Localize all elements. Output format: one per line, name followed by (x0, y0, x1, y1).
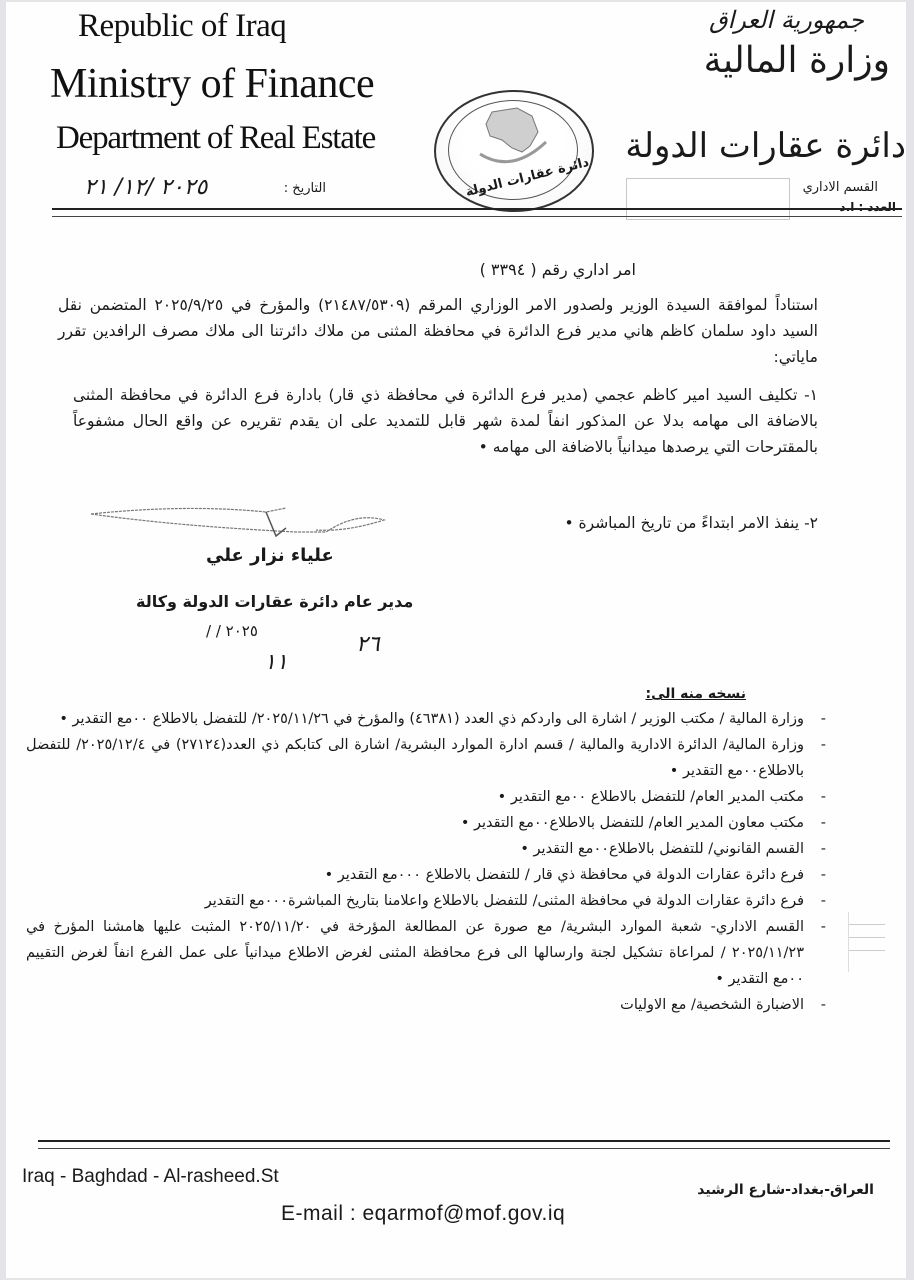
iraq-map-icon (472, 102, 552, 172)
letterhead-en-ministry: Ministry of Finance (50, 60, 374, 108)
letterhead-en-department: Department of Real Estate (56, 120, 375, 157)
copy-recipient: القسم الاداري- شعبة الموارد البشرية/ مع … (26, 914, 826, 992)
letterhead-en-republic: Republic of Iraq (78, 8, 286, 45)
date-value: ٢٠٢٥ /١٢/ ٢١ (84, 175, 207, 200)
scan-artifact (848, 912, 899, 972)
copy-recipient: القسم القانوني/ للتفضل بالاطلاع٠٠مع التق… (26, 836, 826, 862)
signer-date: / / ٢٠٢٥ (206, 622, 258, 640)
order-title: امر اداري رقم ( ٣٣٩٤ ) (336, 260, 636, 279)
department-seal: دائرة عقارات الدولة (434, 90, 594, 212)
order-intro: استناداً لموافقة السيدة الوزير ولصدور ال… (58, 292, 818, 370)
handwritten-day: ٢٦ (356, 632, 380, 657)
copies-heading: نسخه منه الى: (645, 686, 746, 702)
letterhead-ar-department: دائرة عقارات الدولة (625, 126, 906, 166)
copy-recipient: فرع دائرة عقارات الدولة في محافظة المثنى… (26, 888, 826, 914)
footer-address-ar: العراق-بغداد-شارع الرشيد (697, 1182, 874, 1198)
handwritten-month: ١١ (264, 650, 288, 675)
copy-recipient: الاضبارة الشخصية/ مع الاوليات (26, 992, 826, 1018)
order-item-1: ١- تكليف السيد امير كاظم عجمي (مدير فرع … (73, 382, 818, 460)
footer-divider (38, 1140, 890, 1149)
header-divider (52, 208, 902, 217)
copy-recipient: فرع دائرة عقارات الدولة في محافظة ذي قار… (26, 862, 826, 888)
letterhead-ar-republic: جمهورية العراق (709, 6, 864, 34)
date-row: التاريخ : ٢٠٢٥ /١٢/ ٢١ (56, 177, 326, 203)
letterhead-ar-ministry: وزارة المالية (704, 40, 890, 81)
copy-recipient: وزارة المالية / مكتب الوزير / اشارة الى … (26, 706, 826, 732)
signer-title: مدير عام دائرة عقارات الدولة وكالة (136, 592, 413, 611)
footer-email: E-mail : eqarmof@mof.gov.iq (281, 1202, 565, 1226)
letterhead-ar-section: القسم الاداري (803, 180, 878, 195)
document-page: Republic of Iraq Ministry of Finance Dep… (6, 2, 906, 1278)
copies-list: وزارة المالية / مكتب الوزير / اشارة الى … (26, 706, 826, 1018)
copy-recipient: مكتب المدير العام/ للتفضل بالاطلاع ٠٠مع … (26, 784, 826, 810)
copy-recipient: مكتب معاون المدير العام/ للتفضل بالاطلاع… (26, 810, 826, 836)
date-label: التاريخ : (284, 181, 326, 196)
copy-recipient: وزارة المالية/ الدائرة الادارية والمالية… (26, 732, 826, 784)
signer-name: علياء نزار علي (206, 545, 334, 566)
footer-address-en: Iraq - Baghdad - Al-rasheed.St (22, 1166, 279, 1188)
